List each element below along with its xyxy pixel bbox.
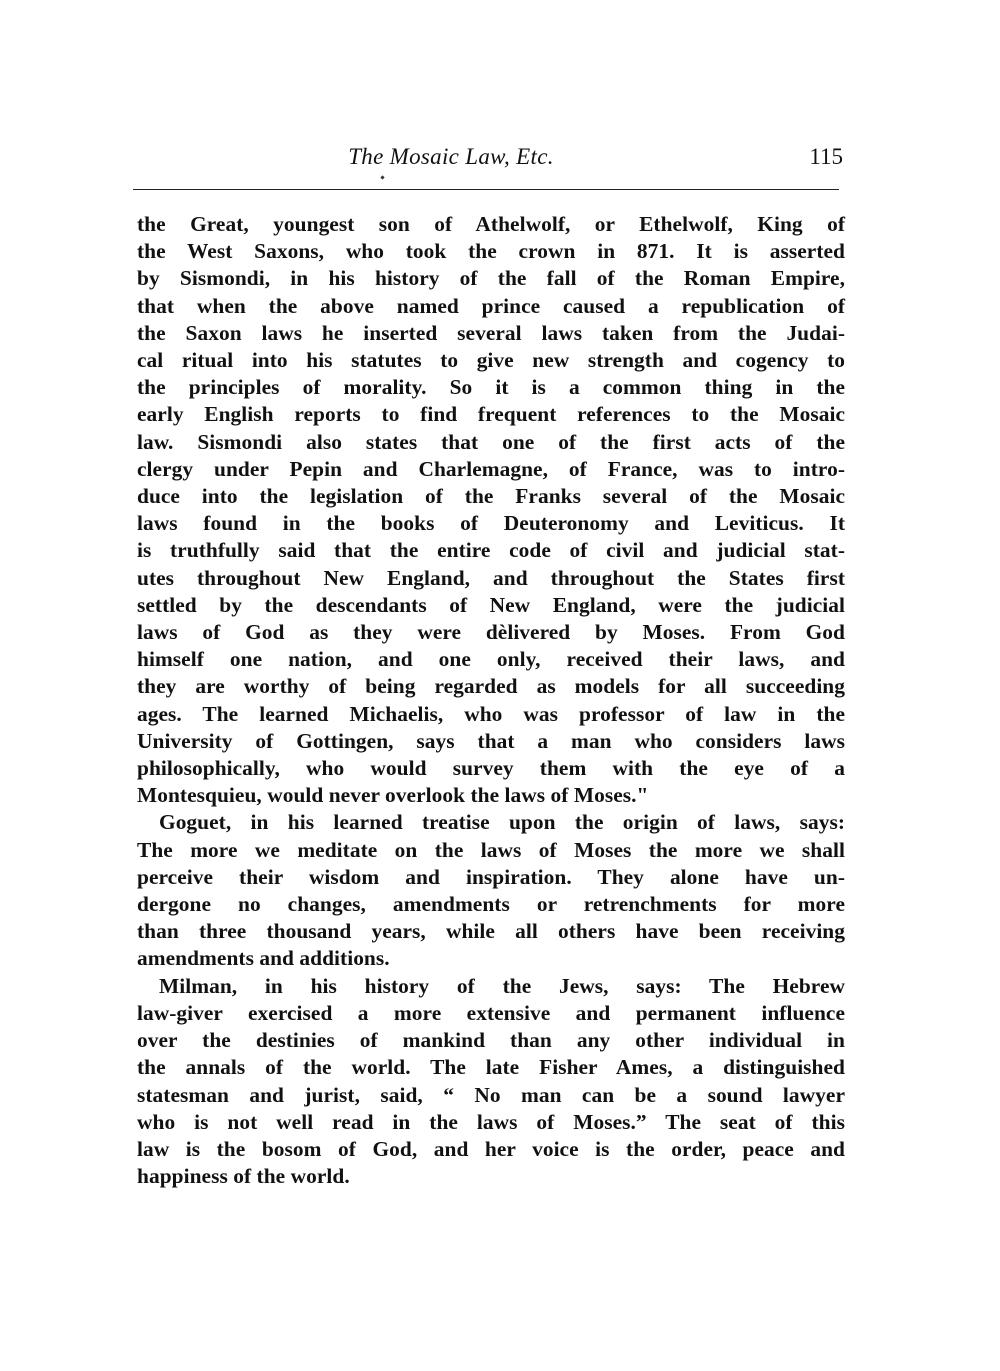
text-line: happiness of the world. [137, 1163, 845, 1190]
text-line: laws found in the books of Deuteronomy a… [137, 510, 845, 537]
text-line: utes throughout New England, and through… [137, 565, 845, 592]
text-line: clergy under Pepin and Charlemagne, of F… [137, 456, 845, 483]
text-line: The more we meditate on the laws of Mose… [137, 837, 845, 864]
text-line: philosophically, who would survey them w… [137, 755, 845, 782]
running-header: The Mosaic Law, Etc. 115 [137, 140, 845, 174]
text-line: University of Gottingen, says that a man… [137, 728, 845, 755]
print-speck [380, 175, 384, 179]
text-line: Milman, in his history of the Jews, says… [137, 973, 845, 1000]
text-line: settled by the descendants of New Englan… [137, 592, 845, 619]
body-text: the Great, youngest son of Athelwolf, or… [137, 211, 845, 1190]
text-line: law. Sismondi also states that one of th… [137, 429, 845, 456]
text-line: the Great, youngest son of Athelwolf, or… [137, 211, 845, 238]
text-line: amendments and additions. [137, 945, 845, 972]
text-line: law-giver exercised a more extensive and… [137, 1000, 845, 1027]
text-line: himself one nation, and one only, receiv… [137, 646, 845, 673]
text-line: the West Saxons, who took the crown in 8… [137, 238, 845, 265]
text-line: they are worthy of being regarded as mod… [137, 673, 845, 700]
text-line: over the destinies of mankind than any o… [137, 1027, 845, 1054]
text-line: perceive their wisdom and inspiration. T… [137, 864, 845, 891]
text-line: by Sismondi, in his history of the fall … [137, 265, 845, 292]
text-line: dergone no changes, amendments or retren… [137, 891, 845, 918]
text-line: who is not well read in the laws of Mose… [137, 1109, 845, 1136]
paragraph: the Great, youngest son of Athelwolf, or… [137, 211, 845, 809]
text-line: the Saxon laws he inserted several laws … [137, 320, 845, 347]
text-line: the annals of the world. The late Fisher… [137, 1054, 845, 1081]
text-line: Goguet, in his learned treatise upon the… [137, 809, 845, 836]
paragraph: Goguet, in his learned treatise upon the… [137, 809, 845, 972]
book-page: The Mosaic Law, Etc. 115 the Great, youn… [0, 0, 1000, 1371]
text-line: statesman and jurist, said, “ No man can… [137, 1082, 845, 1109]
running-title-text: The Mosaic Law, Etc. [348, 144, 554, 169]
paragraph: Milman, in his history of the Jews, says… [137, 973, 845, 1191]
text-line: the principles of morality. So it is a c… [137, 374, 845, 401]
page-number: 115 [809, 140, 843, 174]
text-line: cal ritual into his statutes to give new… [137, 347, 845, 374]
text-line: than three thousand years, while all oth… [137, 918, 845, 945]
text-line: is truthfully said that the entire code … [137, 537, 845, 564]
header-rule [133, 189, 839, 190]
running-title: The Mosaic Law, Etc. [137, 140, 845, 174]
text-line: that when the above named prince caused … [137, 293, 845, 320]
text-line: laws of God as they were dèlivered by Mo… [137, 619, 845, 646]
text-line: early English reports to find frequent r… [137, 401, 845, 428]
text-line: ages. The learned Michaelis, who was pro… [137, 701, 845, 728]
text-line: law is the bosom of God, and her voice i… [137, 1136, 845, 1163]
text-line: Montesquieu, would never overlook the la… [137, 782, 845, 809]
text-line: duce into the legislation of the Franks … [137, 483, 845, 510]
